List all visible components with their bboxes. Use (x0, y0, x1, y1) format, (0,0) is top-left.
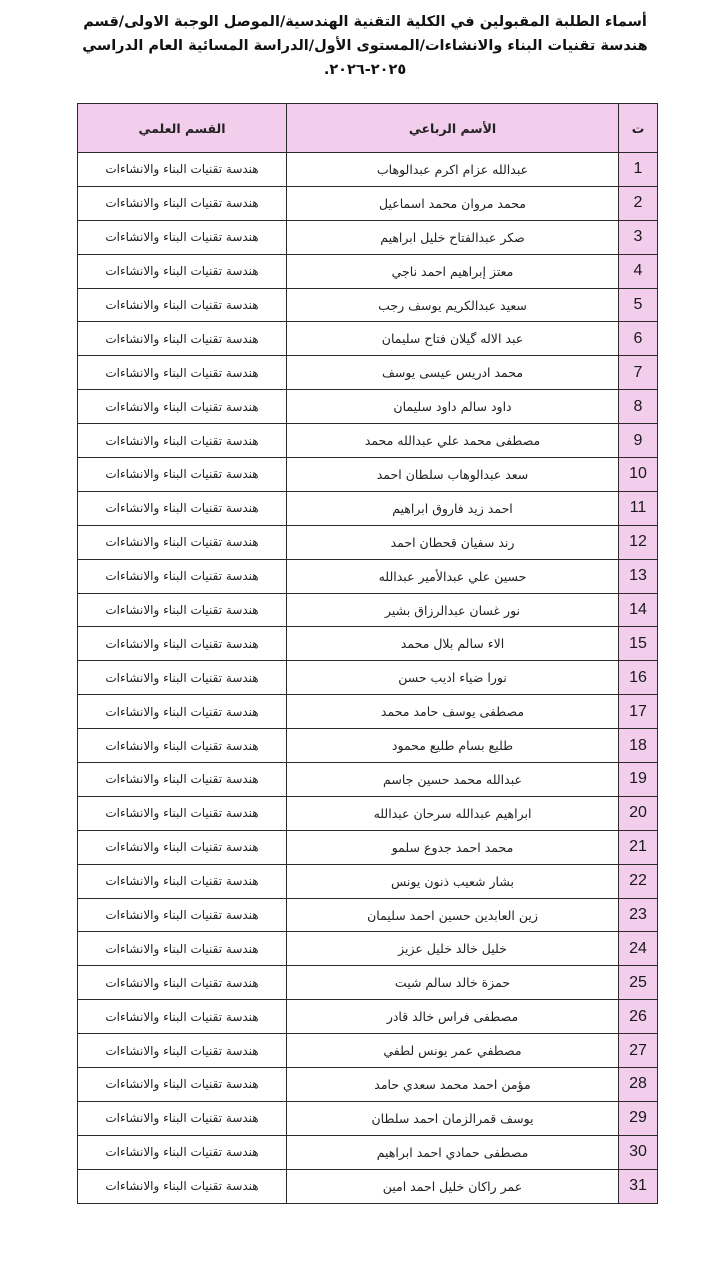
row-number: 21 (619, 830, 658, 864)
table-row: 19عبدالله محمد حسين جاسمهندسة تقنيات الب… (78, 763, 658, 797)
row-number: 12 (619, 525, 658, 559)
table-row: 8داود سالم داود سليمانهندسة تقنيات البنا… (78, 390, 658, 424)
department-name: هندسة تقنيات البناء والانشاءات (78, 796, 287, 830)
department-name: هندسة تقنيات البناء والانشاءات (78, 898, 287, 932)
table-row: 13حسين علي عبدالأمير عبداللههندسة تقنيات… (78, 559, 658, 593)
department-name: هندسة تقنيات البناء والانشاءات (78, 458, 287, 492)
department-name: هندسة تقنيات البناء والانشاءات (78, 288, 287, 322)
row-number: 14 (619, 593, 658, 627)
table-row: 23زين العابدين حسين احمد سليمانهندسة تقن… (78, 898, 658, 932)
department-name: هندسة تقنيات البناء والانشاءات (78, 390, 287, 424)
table-row: 14نور غسان عبدالرزاق بشيرهندسة تقنيات ال… (78, 593, 658, 627)
student-name: مصطفى محمد علي عبدالله محمد (287, 424, 619, 458)
table-row: 28مؤمن احمد محمد سعدي حامدهندسة تقنيات ا… (78, 1068, 658, 1102)
table-body: 1عبدالله عزام اكرم عبدالوهابهندسة تقنيات… (78, 153, 658, 1204)
students-table: ت الأسم الرباعي القسم العلمي 1عبدالله عز… (77, 103, 658, 1204)
row-number: 17 (619, 695, 658, 729)
row-number: 7 (619, 356, 658, 390)
department-name: هندسة تقنيات البناء والانشاءات (78, 1101, 287, 1135)
row-number: 10 (619, 458, 658, 492)
table-row: 20ابراهيم عبدالله سرحان عبداللههندسة تقن… (78, 796, 658, 830)
row-number: 31 (619, 1169, 658, 1203)
department-name: هندسة تقنيات البناء والانشاءات (78, 695, 287, 729)
students-table-container: ت الأسم الرباعي القسم العلمي 1عبدالله عز… (77, 103, 657, 1204)
student-name: سعيد عبدالكريم يوسف رجب (287, 288, 619, 322)
row-number: 13 (619, 559, 658, 593)
department-name: هندسة تقنيات البناء والانشاءات (78, 1169, 287, 1203)
student-name: زين العابدين حسين احمد سليمان (287, 898, 619, 932)
table-row: 2محمد مروان محمد اسماعيلهندسة تقنيات الب… (78, 186, 658, 220)
table-row: 27مصطفي عمر يونس لطفيهندسة تقنيات البناء… (78, 1034, 658, 1068)
row-number: 19 (619, 763, 658, 797)
department-name: هندسة تقنيات البناء والانشاءات (78, 1135, 287, 1169)
student-name: مصطفي عمر يونس لطفي (287, 1034, 619, 1068)
department-name: هندسة تقنيات البناء والانشاءات (78, 830, 287, 864)
department-name: هندسة تقنيات البناء والانشاءات (78, 559, 287, 593)
table-row: 7محمد ادريس عيسى يوسفهندسة تقنيات البناء… (78, 356, 658, 390)
table-row: 9مصطفى محمد علي عبدالله محمدهندسة تقنيات… (78, 424, 658, 458)
row-number: 25 (619, 966, 658, 1000)
row-number: 24 (619, 932, 658, 966)
row-number: 1 (619, 153, 658, 187)
department-name: هندسة تقنيات البناء والانشاءات (78, 153, 287, 187)
table-row: 26مصطفى فراس خالد قادرهندسة تقنيات البنا… (78, 1000, 658, 1034)
department-name: هندسة تقنيات البناء والانشاءات (78, 1068, 287, 1102)
department-name: هندسة تقنيات البناء والانشاءات (78, 661, 287, 695)
student-name: مصطفى يوسف حامد محمد (287, 695, 619, 729)
student-name: مصطفى فراس خالد قادر (287, 1000, 619, 1034)
department-name: هندسة تقنيات البناء والانشاءات (78, 186, 287, 220)
student-name: عمر راكان خليل احمد امين (287, 1169, 619, 1203)
student-name: نور غسان عبدالرزاق بشير (287, 593, 619, 627)
row-number: 29 (619, 1101, 658, 1135)
student-name: احمد زيد فاروق ابراهيم (287, 491, 619, 525)
row-number: 4 (619, 254, 658, 288)
row-number: 27 (619, 1034, 658, 1068)
row-number: 3 (619, 220, 658, 254)
student-name: محمد احمد جدوع سلمو (287, 830, 619, 864)
department-name: هندسة تقنيات البناء والانشاءات (78, 729, 287, 763)
student-name: مؤمن احمد محمد سعدي حامد (287, 1068, 619, 1102)
student-name: خليل خالد خليل عزيز (287, 932, 619, 966)
table-row: 6عبد الاله گيلان فتاح سليمانهندسة تقنيات… (78, 322, 658, 356)
department-name: هندسة تقنيات البناء والانشاءات (78, 254, 287, 288)
student-name: حسين علي عبدالأمير عبدالله (287, 559, 619, 593)
department-name: هندسة تقنيات البناء والانشاءات (78, 424, 287, 458)
header-department: القسم العلمي (78, 104, 287, 153)
student-name: عبدالله عزام اكرم عبدالوهاب (287, 153, 619, 187)
row-number: 30 (619, 1135, 658, 1169)
department-name: هندسة تقنيات البناء والانشاءات (78, 356, 287, 390)
table-row: 25حمزة خالد سالم شيتهندسة تقنيات البناء … (78, 966, 658, 1000)
row-number: 5 (619, 288, 658, 322)
student-name: محمد ادريس عيسى يوسف (287, 356, 619, 390)
table-row: 24خليل خالد خليل عزيزهندسة تقنيات البناء… (78, 932, 658, 966)
table-row: 17مصطفى يوسف حامد محمدهندسة تقنيات البنا… (78, 695, 658, 729)
row-number: 6 (619, 322, 658, 356)
student-name: عبدالله محمد حسين جاسم (287, 763, 619, 797)
student-name: بشار شعيب ذنون يونس (287, 864, 619, 898)
student-name: حمزة خالد سالم شيت (287, 966, 619, 1000)
header-number: ت (619, 104, 658, 153)
department-name: هندسة تقنيات البناء والانشاءات (78, 220, 287, 254)
department-name: هندسة تقنيات البناء والانشاءات (78, 627, 287, 661)
row-number: 8 (619, 390, 658, 424)
student-name: رند سفيان قحطان احمد (287, 525, 619, 559)
student-name: سعد عبدالوهاب سلطان احمد (287, 458, 619, 492)
row-number: 9 (619, 424, 658, 458)
row-number: 28 (619, 1068, 658, 1102)
table-row: 15الاء سالم بلال محمدهندسة تقنيات البناء… (78, 627, 658, 661)
student-name: صكر عبدالفتاح خليل ابراهيم (287, 220, 619, 254)
student-name: يوسف قمرالزمان احمد سلطان (287, 1101, 619, 1135)
table-row: 11احمد زيد فاروق ابراهيمهندسة تقنيات الب… (78, 491, 658, 525)
table-row: 30مصطفى حمادي احمد ابراهيمهندسة تقنيات ا… (78, 1135, 658, 1169)
student-name: نورا ضياء اديب حسن (287, 661, 619, 695)
department-name: هندسة تقنيات البناء والانشاءات (78, 864, 287, 898)
table-row: 4معتز إبراهيم احمد ناجيهندسة تقنيات البن… (78, 254, 658, 288)
department-name: هندسة تقنيات البناء والانشاءات (78, 966, 287, 1000)
student-name: محمد مروان محمد اسماعيل (287, 186, 619, 220)
table-row: 12رند سفيان قحطان احمدهندسة تقنيات البنا… (78, 525, 658, 559)
student-name: مصطفى حمادي احمد ابراهيم (287, 1135, 619, 1169)
department-name: هندسة تقنيات البناء والانشاءات (78, 763, 287, 797)
student-name: ابراهيم عبدالله سرحان عبدالله (287, 796, 619, 830)
table-row: 31عمر راكان خليل احمد امينهندسة تقنيات ا… (78, 1169, 658, 1203)
table-row: 10سعد عبدالوهاب سلطان احمدهندسة تقنيات ا… (78, 458, 658, 492)
row-number: 26 (619, 1000, 658, 1034)
department-name: هندسة تقنيات البناء والانشاءات (78, 932, 287, 966)
row-number: 22 (619, 864, 658, 898)
department-name: هندسة تقنيات البناء والانشاءات (78, 1034, 287, 1068)
header-full-name: الأسم الرباعي (287, 104, 619, 153)
table-row: 18طليع بسام طليع محمودهندسة تقنيات البنا… (78, 729, 658, 763)
student-name: الاء سالم بلال محمد (287, 627, 619, 661)
table-row: 21محمد احمد جدوع سلموهندسة تقنيات البناء… (78, 830, 658, 864)
table-row: 5سعيد عبدالكريم يوسف رجبهندسة تقنيات الب… (78, 288, 658, 322)
table-row: 16نورا ضياء اديب حسنهندسة تقنيات البناء … (78, 661, 658, 695)
table-row: 3صكر عبدالفتاح خليل ابراهيمهندسة تقنيات … (78, 220, 658, 254)
row-number: 18 (619, 729, 658, 763)
row-number: 11 (619, 491, 658, 525)
student-name: معتز إبراهيم احمد ناجي (287, 254, 619, 288)
row-number: 2 (619, 186, 658, 220)
table-row: 29يوسف قمرالزمان احمد سلطانهندسة تقنيات … (78, 1101, 658, 1135)
department-name: هندسة تقنيات البناء والانشاءات (78, 1000, 287, 1034)
row-number: 15 (619, 627, 658, 661)
student-name: عبد الاله گيلان فتاح سليمان (287, 322, 619, 356)
department-name: هندسة تقنيات البناء والانشاءات (78, 491, 287, 525)
table-header-row: ت الأسم الرباعي القسم العلمي (78, 104, 658, 153)
row-number: 16 (619, 661, 658, 695)
department-name: هندسة تقنيات البناء والانشاءات (78, 525, 287, 559)
row-number: 20 (619, 796, 658, 830)
table-row: 1عبدالله عزام اكرم عبدالوهابهندسة تقنيات… (78, 153, 658, 187)
student-name: طليع بسام طليع محمود (287, 729, 619, 763)
document-title: أسماء الطلبة المقبولين في الكلية التقنية… (70, 10, 660, 82)
student-name: داود سالم داود سليمان (287, 390, 619, 424)
table-row: 22بشار شعيب ذنون يونسهندسة تقنيات البناء… (78, 864, 658, 898)
row-number: 23 (619, 898, 658, 932)
department-name: هندسة تقنيات البناء والانشاءات (78, 322, 287, 356)
department-name: هندسة تقنيات البناء والانشاءات (78, 593, 287, 627)
